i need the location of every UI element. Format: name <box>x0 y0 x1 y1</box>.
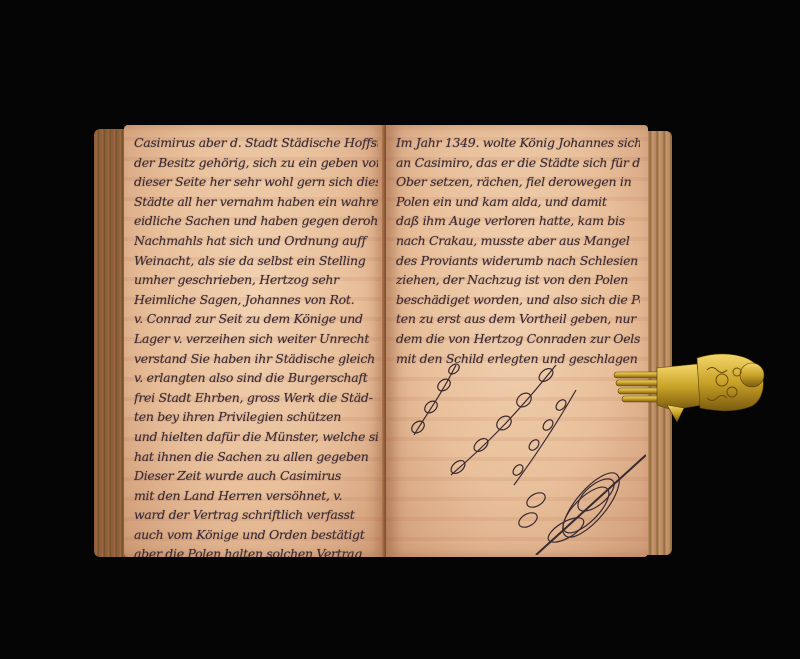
text-line: verstand Sie haben ihr Städische gleich <box>134 349 378 369</box>
text-line: Im Jahr 1349. wolte König Johannes sich <box>396 133 640 153</box>
gold-hand-clasp-icon <box>612 350 767 430</box>
text-line: Casimirus aber d. Stadt Städische Hoffst… <box>134 133 378 153</box>
left-page-text: Casimirus aber d. Stadt Städische Hoffst… <box>134 133 378 557</box>
text-line: v. erlangten also sind die Burgerschaft <box>134 368 378 388</box>
right-page-text: Im Jahr 1349. wolte König Johannes sich … <box>396 133 640 368</box>
text-line: Heimliche Sagen, Johannes von Rot. <box>134 290 378 310</box>
text-line: Dieser Zeit wurde auch Casimirus <box>134 466 378 486</box>
text-line: Ober setzen, rächen, fiel derowegen in <box>396 172 640 192</box>
pen-flourishes <box>396 355 646 555</box>
text-line: dem die von Hertzog Conraden zur Oels <box>396 329 640 349</box>
text-line: umher geschrieben, Hertzog sehr <box>134 270 378 290</box>
text-line: Städte all her vernahm haben ein wahre <box>134 192 378 212</box>
text-line: Nachmahls hat sich und Ordnung auff <box>134 231 378 251</box>
text-line: mit den Land Herren versöhnet, v. <box>134 486 378 506</box>
text-line: ward der Vertrag schriftlich verfasst <box>134 505 378 525</box>
text-line: Weinacht, als sie da selbst ein Stelling <box>134 251 378 271</box>
text-line: an Casimiro, das er die Städte sich für … <box>396 153 640 173</box>
text-line: daß ihm Auge verloren hatte, kam bis <box>396 211 640 231</box>
right-page: Im Jahr 1349. wolte König Johannes sich … <box>386 125 648 557</box>
text-line: Polen ein und kam alda, und damit <box>396 192 640 212</box>
right-page-edges <box>646 131 672 555</box>
text-line: dieser Seite her sehr wohl gern sich die… <box>134 172 378 192</box>
text-line: Lager v. verzeihen sich weiter Unrecht <box>134 329 378 349</box>
text-line: aber die Polen halten solchen Vertrag <box>134 544 378 557</box>
text-line: der Besitz gehörig, sich zu ein geben vo… <box>134 153 378 173</box>
text-line: eidliche Sachen und haben gegen derohen <box>134 211 378 231</box>
text-line: ziehen, der Nachzug ist von den Polen <box>396 270 640 290</box>
left-page: Casimirus aber d. Stadt Städische Hoffst… <box>124 125 386 557</box>
text-line: hat ihnen die Sachen zu allen gegeben <box>134 447 378 467</box>
text-line: und hielten dafür die Münster, welche si… <box>134 427 378 447</box>
text-line: ten bey ihren Privilegien schützen <box>134 407 378 427</box>
text-line: ten zu erst aus dem Vortheil geben, nur <box>396 309 640 329</box>
text-line: v. Conrad zur Seit zu dem Könige und <box>134 309 378 329</box>
text-line: nach Crakau, musste aber aus Mangel <box>396 231 640 251</box>
text-line: auch vom Könige und Orden bestätigt <box>134 525 378 545</box>
text-line: beschädiget worden, und also sich die Po… <box>396 290 640 310</box>
open-manuscript-book: Casimirus aber d. Stadt Städische Hoffst… <box>94 123 676 561</box>
text-line: des Proviants widerumb nach Schlesien <box>396 251 640 271</box>
text-line: frei Stadt Ehrben, gross Werk die Städ- <box>134 388 378 408</box>
